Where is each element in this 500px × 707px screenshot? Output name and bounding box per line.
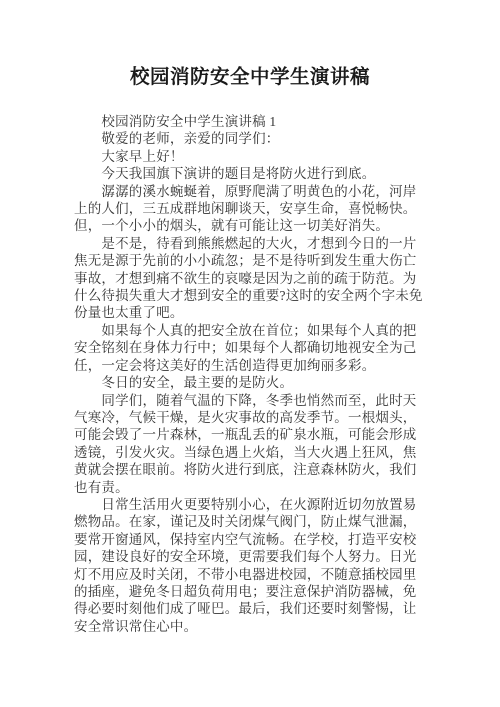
document-line: 上的人们，三五成群地闲聊谈天，安享生命，喜悦畅快。: [74, 200, 424, 217]
document-line: 可能会毁了一片森林，一瓶乱丢的矿泉水瓶，可能会形成: [74, 426, 424, 443]
document-line: 透镜，引发火灾。当绿色遇上火焰，当大火遇上狂风，焦: [74, 444, 424, 461]
document-line: 得必要时刻他们成了哑巴。最后，我们还要时刻警惕，让: [74, 600, 424, 617]
document-line: 冬日的安全，最主要的是防火。: [74, 374, 424, 391]
document-page: 校园消防安全中学生演讲稿 校园消防安全中学生演讲稿 1 敬爱的老师，亲爱的同学们…: [0, 0, 500, 707]
document-body: 校园消防安全中学生演讲稿 1 敬爱的老师，亲爱的同学们： 大家早上好！ 今天我国…: [74, 113, 424, 635]
document-line: 也有责。: [74, 479, 424, 496]
document-line: 事故，才想到痛不欲生的哀嚎是因为之前的疏于防范。为: [74, 270, 424, 287]
document-line: 如果每个人真的把安全放在首位；如果每个人真的把: [74, 322, 424, 339]
document-line: 敬爱的老师，亲爱的同学们：: [74, 130, 424, 147]
document-line: 是不是，待看到熊熊燃起的大火，才想到今日的一片: [74, 235, 424, 252]
document-title: 校园消防安全中学生演讲稿: [0, 61, 500, 89]
document-line: 校园消防安全中学生演讲稿 1: [74, 113, 424, 130]
document-line: 灯不用应及时关闭，不带小电器进校园，不随意插校园里: [74, 566, 424, 583]
document-line: 潺潺的溪水蜿蜒着，原野爬满了明黄色的小花，河岸: [74, 183, 424, 200]
document-line: 任，一定会将这美好的生活创造得更加绚丽多彩。: [74, 357, 424, 374]
document-line: 的插座，避免冬日超负荷用电；要注意保护消防器械，免: [74, 583, 424, 600]
document-line: 焦无是源于先前的小小疏忽；是不是待听到发生重大伤亡: [74, 252, 424, 269]
document-line: 今天我国旗下演讲的题目是将防火进行到底。: [74, 165, 424, 182]
document-line: 同学们，随着气温的下降，冬季也悄然而至，此时天: [74, 392, 424, 409]
document-line: 份量也太重了吧。: [74, 304, 424, 321]
document-line: 园，建设良好的安全环境，更需要我们每个人努力。日光: [74, 548, 424, 565]
document-line: 黄就会摆在眼前。将防火进行到底，注意森林防火，我们: [74, 461, 424, 478]
document-line: 大家早上好！: [74, 148, 424, 165]
document-line: 安全常识常住心中。: [74, 618, 424, 635]
document-line: 日常生活用火更要特别小心，在火源附近切勿放置易: [74, 496, 424, 513]
document-line: 要常开窗通风，保持室内空气流畅。在学校，打造平安校: [74, 531, 424, 548]
document-line: 燃物品。在家，谨记及时关闭煤气阀门，防止煤气泄漏，: [74, 513, 424, 530]
document-line: 气寒冷，气候干燥，是火灾事故的高发季节。一根烟头，: [74, 409, 424, 426]
document-line: 安全铭刻在身体力行中；如果每个人都确切地视安全为己: [74, 339, 424, 356]
document-line: 但，一个小小的烟头，就有可能让这一切美好消失。: [74, 217, 424, 234]
document-line: 什么待损失重大才想到安全的重要?这时的安全两个字未免: [74, 287, 424, 304]
